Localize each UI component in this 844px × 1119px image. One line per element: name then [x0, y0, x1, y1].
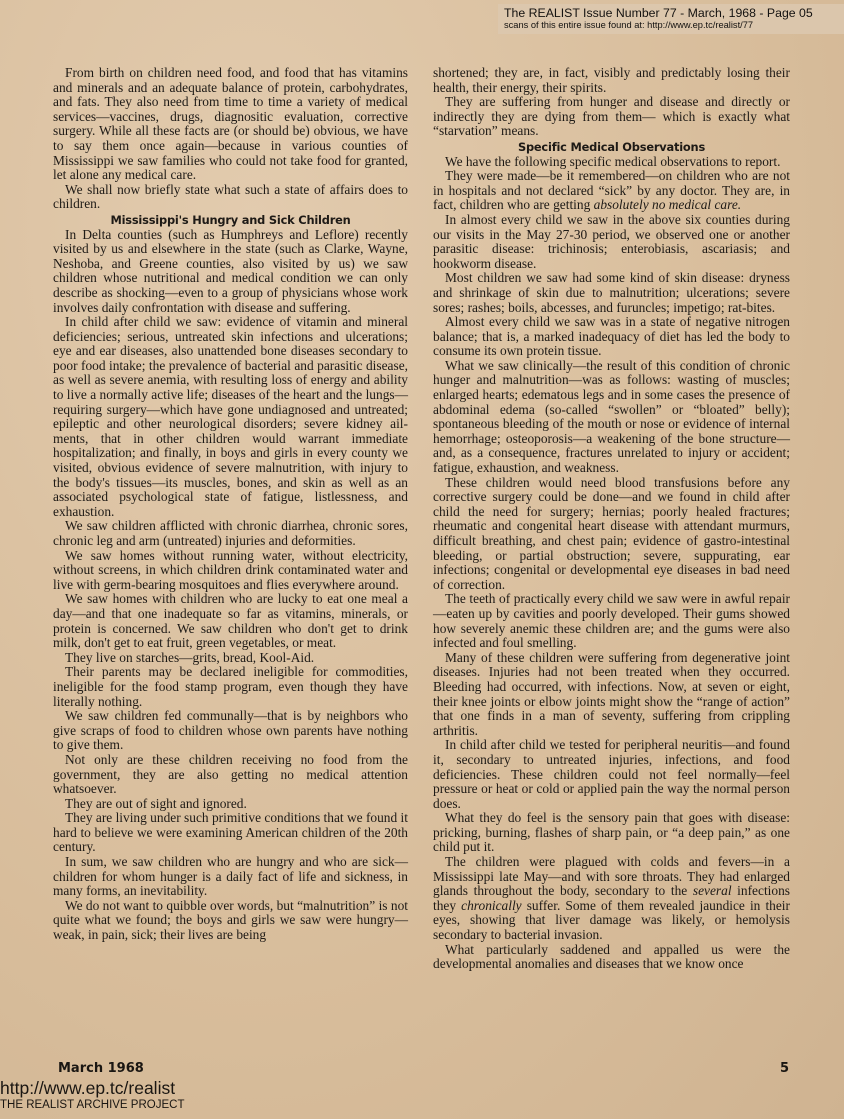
- paragraph: They are suffering from hunger and disea…: [433, 95, 790, 139]
- paragraph: They were made—be it remembered—on child…: [433, 169, 790, 213]
- paragraph: What particularly saddened and appalled …: [433, 943, 790, 972]
- archive-url-link[interactable]: http://www.ep.tc/realist: [0, 1078, 175, 1098]
- paragraph: Most children we saw had some kind of sk…: [433, 271, 790, 315]
- paragraph: We do not want to quibble over words, bu…: [53, 899, 408, 943]
- paragraph: The teeth of practically every child we …: [433, 592, 790, 650]
- paragraph: These children would need blood transfus…: [433, 476, 790, 593]
- paragraph: In almost every child we saw in the abov…: [433, 213, 790, 271]
- paragraph: Not only are these children receiving no…: [53, 753, 408, 797]
- archive-project-name: THE REALIST ARCHIVE PROJECT: [0, 1098, 184, 1112]
- paragraph: They live on starches—grits, bread, Kool…: [53, 651, 408, 666]
- paragraph: We saw children afflicted with chronic d…: [53, 519, 408, 548]
- emphasis: chronically: [461, 898, 522, 913]
- footer-date: March 1968: [58, 1061, 144, 1076]
- paragraph: From birth on children need food, and fo…: [53, 66, 408, 183]
- paragraph: We saw homes with children who are lucky…: [53, 592, 408, 650]
- paragraph: We shall now briefly state what such a s…: [53, 183, 408, 212]
- scans-link-text[interactable]: scans of this entire issue found at: htt…: [504, 20, 838, 31]
- paragraph: In Delta counties (such as Humphreys and…: [53, 228, 408, 316]
- paragraph: They are out of sight and ignored.: [53, 797, 408, 812]
- archive-banner: The REALIST Issue Number 77 - March, 196…: [498, 4, 844, 34]
- paragraph: In child after child we tested for perip…: [433, 738, 790, 811]
- section-heading: Specific Medical Observations: [433, 140, 790, 155]
- emphasis: absolutely no medical care.: [594, 197, 742, 212]
- issue-title: The REALIST Issue Number 77 - March, 196…: [504, 6, 838, 20]
- paragraph: Many of these children were suffering fr…: [433, 651, 790, 739]
- paragraph: What we saw clinically—the result of thi…: [433, 359, 790, 476]
- paragraph: We saw homes without running water, with…: [53, 549, 408, 593]
- section-heading: Mississippi's Hungry and Sick Children: [53, 213, 408, 228]
- emphasis: several: [693, 883, 732, 898]
- paragraph: What they do feel is the sensory pain th…: [433, 811, 790, 855]
- right-column: shortened; they are, in fact, visibly an…: [433, 66, 790, 972]
- paragraph: We have the following specific medical o…: [433, 155, 790, 170]
- paragraph: shortened; they are, in fact, visibly an…: [433, 66, 790, 95]
- page-number: 5: [780, 1061, 789, 1076]
- paragraph: The children were plagued with colds and…: [433, 855, 790, 943]
- paragraph: We saw children fed communally—that is b…: [53, 709, 408, 753]
- paragraph: In sum, we saw children who are hungry a…: [53, 855, 408, 899]
- paragraph: They are living under such primitive con…: [53, 811, 408, 855]
- paragraph: In child after child we saw: evidence of…: [53, 315, 408, 519]
- paragraph: Their parents may be declared ineligible…: [53, 665, 408, 709]
- left-column: From birth on children need food, and fo…: [53, 66, 408, 943]
- paragraph: Almost every child we saw was in a state…: [433, 315, 790, 359]
